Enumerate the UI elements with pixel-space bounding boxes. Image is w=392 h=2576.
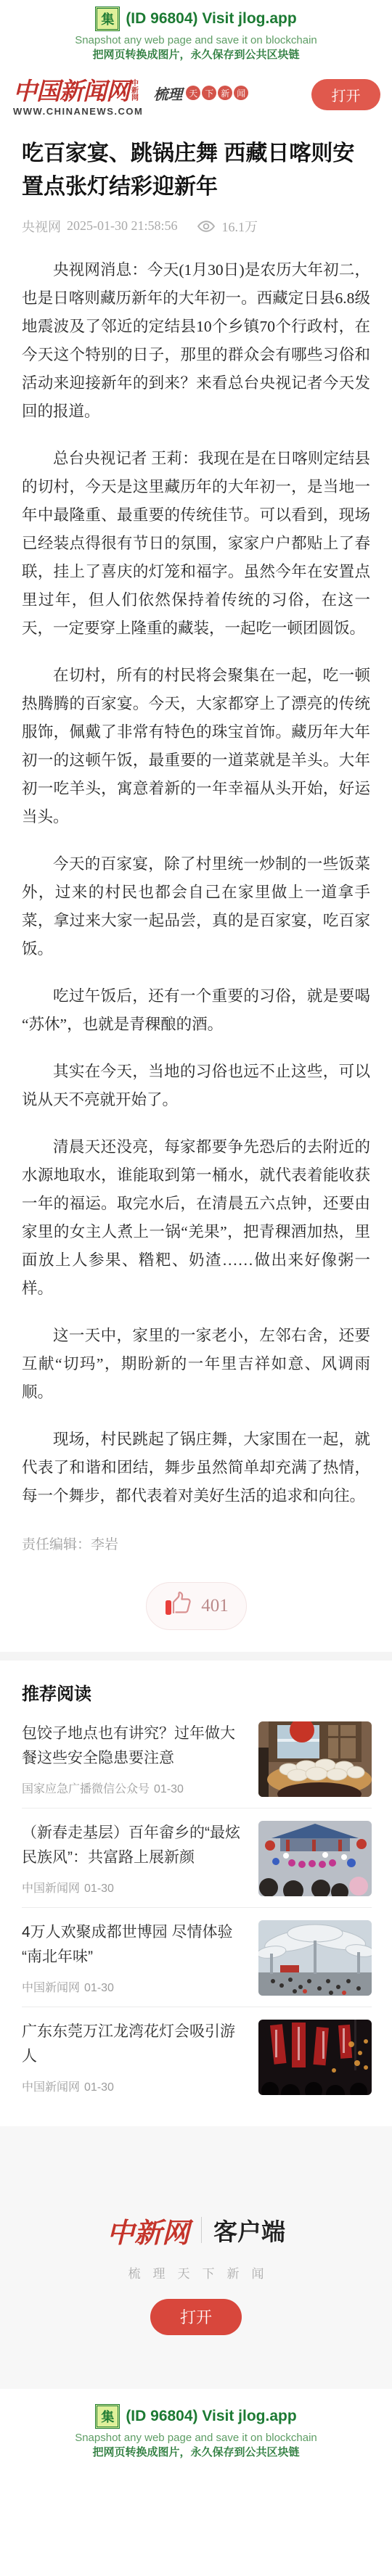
section-divider-band bbox=[0, 1652, 392, 1661]
article-meta: 央视网 2025-01-30 21:58:56 16.1万 bbox=[22, 217, 370, 236]
chinanews-logo-calligraphy: 中国新闻网 bbox=[13, 79, 129, 104]
recommend-item[interactable]: 4万人欢聚成都世博园 尽情体验“南北年味” 中国新闻网01-30 bbox=[22, 1908, 372, 2007]
site-header: 中国新闻网 中新网 WWW.CHINANEWS.COM 梳理 天 下 新 闻 打… bbox=[0, 69, 392, 125]
recommend-section: 推荐阅读 包饺子地点也有讲究？过年做大餐这些安全隐患要注意 国家应急广播微信公众… bbox=[0, 1679, 392, 2106]
footer-logo-divider bbox=[201, 2217, 202, 2243]
recommend-item[interactable]: 广东东莞万江龙湾花灯会吸引游人 中国新闻网01-30 bbox=[22, 2007, 372, 2106]
editor-credit: 责任编辑：李岩 bbox=[22, 1534, 370, 1553]
recommend-item-source: 中国新闻网01-30 bbox=[22, 1978, 248, 1995]
article-paragraph: 总台央视记者 王莉：我现在是在日喀则定结县的切村，今天是这里藏历年的大年初一，是… bbox=[22, 445, 370, 643]
slogan-stamp-3: 新 bbox=[218, 86, 232, 100]
chinanews-logo[interactable]: 中国新闻网 中新网 WWW.CHINANEWS.COM bbox=[13, 79, 143, 117]
jlog-promo-banner-bottom[interactable]: 集 (ID 96804) Visit jlog.app Snapshot any… bbox=[0, 2398, 392, 2466]
article-source: 央视网 bbox=[22, 217, 61, 236]
recommend-item-title: （新春走基层）百年畲乡的“最炫民族风”：共富路上展新颜 bbox=[22, 1821, 248, 1870]
article-paragraph: 在切村，所有的村民将会聚集在一起，吃一顿热腾腾的百家宴。今天，大家都穿上了漂亮的… bbox=[22, 662, 370, 831]
jlog-logo-icon: 集 bbox=[95, 2404, 120, 2429]
article-paragraph: 今天的百家宴，除了村里统一炒制的一些饭菜外，过来的村民也都会自己在家里做上一道拿… bbox=[22, 850, 370, 963]
slogan-stamp-logo: 梳理 天 下 新 闻 bbox=[153, 83, 248, 104]
eye-icon bbox=[197, 220, 216, 233]
slogan-stamp-1: 天 bbox=[186, 86, 200, 100]
chinanews-logo-vertical: 中新网 bbox=[131, 81, 139, 102]
recommend-item-title: 包饺子地点也有讲究？过年做大餐这些安全隐患要注意 bbox=[22, 1721, 248, 1771]
recommend-item[interactable]: 包饺子地点也有讲究？过年做大餐这些安全隐患要注意 国家应急广播微信公众号01-3… bbox=[22, 1709, 372, 1808]
promo-headline: (ID 96804) Visit jlog.app bbox=[126, 10, 296, 28]
article-paragraph: 央视网消息：今天(1月30日)是农历大年初二，也是日喀则藏历新年的大年初一。西藏… bbox=[22, 256, 370, 426]
article-main: 吃百家宴、跳锅庄舞 西藏日喀则安置点张灯结彩迎新年 央视网 2025-01-30… bbox=[0, 137, 392, 1630]
promo-subline-zh: 把网页转换成图片，永久保存到公共区块链 bbox=[0, 2444, 392, 2459]
lantern-fair-thumbnail-image bbox=[258, 2020, 372, 2095]
recommend-heading: 推荐阅读 bbox=[22, 1679, 370, 1705]
like-count: 401 bbox=[201, 1596, 229, 1616]
footer-logo-suffix: 客户端 bbox=[213, 2213, 285, 2247]
slogan-prefix: 梳理 bbox=[153, 83, 182, 104]
recommend-item-source: 中国新闻网01-30 bbox=[22, 1879, 248, 1896]
festival-crowd-thumbnail-image bbox=[258, 1821, 372, 1896]
dumplings-thumbnail-image bbox=[258, 1721, 372, 1797]
article-title: 吃百家宴、跳锅庄舞 西藏日喀则安置点张灯结彩迎新年 bbox=[22, 137, 370, 204]
article-paragraph: 现场，村民跳起了锅庄舞，大家围在一起，就代表了和谐和团结，舞步虽然简单却充满了热… bbox=[22, 1425, 370, 1510]
thumbs-up-icon bbox=[163, 1591, 192, 1621]
article-datetime: 2025-01-30 21:58:56 bbox=[67, 218, 178, 234]
jlog-logo-icon: 集 bbox=[95, 7, 120, 31]
recommend-item-source: 中国新闻网01-30 bbox=[22, 2078, 248, 2094]
recommend-item[interactable]: （新春走基层）百年畲乡的“最炫民族风”：共富路上展新颜 中国新闻网01-30 bbox=[22, 1808, 372, 1907]
article-paragraph: 吃过午饭后，还有一个重要的习俗，就是要喝“苏休”，也就是青稞酿的酒。 bbox=[22, 982, 370, 1039]
promo-headline: (ID 96804) Visit jlog.app bbox=[126, 2408, 296, 2425]
footer-logo: 中新网 客户端 bbox=[0, 2210, 392, 2250]
footer-slogan: 梳理天下新闻 bbox=[0, 2263, 392, 2281]
promo-subline-en: Snapshot any web page and save it on blo… bbox=[0, 2432, 392, 2444]
slogan-stamp-4: 闻 bbox=[234, 86, 248, 100]
promo-subline-zh: 把网页转换成图片，永久保存到公共区块链 bbox=[0, 46, 392, 62]
expo-park-thumbnail-image bbox=[258, 1920, 372, 1996]
article-paragraph: 其实在今天，当地的习俗也远不止这些，可以说从天不亮就开始了。 bbox=[22, 1058, 370, 1114]
app-download-footer: 中新网 客户端 梳理天下新闻 打开 bbox=[0, 2126, 392, 2389]
chinanews-domain: WWW.CHINANEWS.COM bbox=[13, 106, 143, 117]
open-app-button-footer[interactable]: 打开 bbox=[150, 2299, 242, 2335]
recommend-item-title: 4万人欢聚成都世博园 尽情体验“南北年味” bbox=[22, 1920, 248, 1970]
recommend-item-title: 广东东莞万江龙湾花灯会吸引游人 bbox=[22, 2020, 248, 2069]
view-count: 16.1万 bbox=[197, 217, 258, 236]
view-count-value: 16.1万 bbox=[222, 217, 258, 236]
recommend-item-source: 国家应急广播微信公众号01-30 bbox=[22, 1779, 248, 1796]
like-button[interactable]: 401 bbox=[146, 1582, 247, 1630]
slogan-stamp-2: 下 bbox=[202, 86, 216, 100]
footer-gap bbox=[0, 2389, 392, 2398]
open-app-button-header[interactable]: 打开 bbox=[311, 79, 380, 110]
article-paragraph: 这一天中，家里的一家老小，左邻右舍，还要互献“切玛”，期盼新的一年里吉祥如意、风… bbox=[22, 1322, 370, 1407]
article-body: 央视网消息：今天(1月30日)是农历大年初二，也是日喀则藏历新年的大年初一。西藏… bbox=[0, 256, 392, 1510]
footer-logo-calligraphy: 中新网 bbox=[107, 2210, 189, 2250]
jlog-promo-banner-top[interactable]: 集 (ID 96804) Visit jlog.app Snapshot any… bbox=[0, 0, 392, 69]
article-paragraph: 清晨天还没亮，每家都要争先恐后的去附近的水源地取水，谁能取到第一桶水，就代表着能… bbox=[22, 1133, 370, 1303]
promo-subline-en: Snapshot any web page and save it on blo… bbox=[0, 34, 392, 46]
